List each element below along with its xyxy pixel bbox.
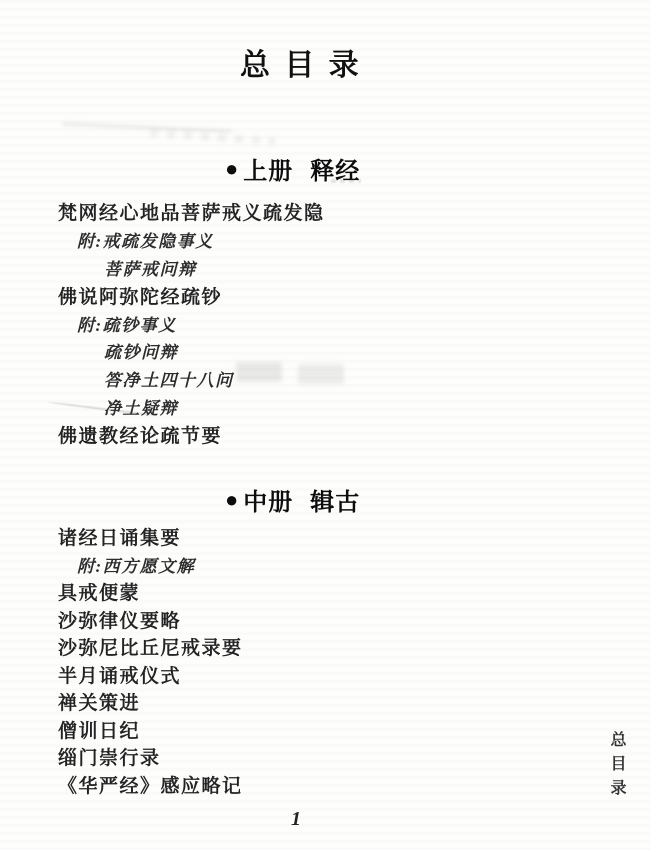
toc-item: 沙弥律仪要略 xyxy=(58,606,578,634)
toc-item-text: 缁门崇行录 xyxy=(58,743,161,770)
side-margin-label: 总目录 xyxy=(605,731,628,803)
toc-item-text: 答净土四十八问 xyxy=(104,366,234,391)
section-items: 诸经日诵集要 附:西方愿文解 具戒便蒙 沙弥律仪要略 沙弥尼比丘尼戒录要 半月诵… xyxy=(58,523,578,798)
toc-item: 具戒便蒙 xyxy=(58,578,578,606)
toc-item-text: 附:疏钞事义 xyxy=(77,311,177,336)
toc-item-text: 沙弥尼比丘尼戒录要 xyxy=(58,633,243,660)
scan-smudge xyxy=(150,129,275,146)
toc-item: 缁门崇行录 xyxy=(58,743,578,771)
toc-item-text: 诸经日诵集要 xyxy=(58,523,181,550)
toc-item: 僧训日纪 xyxy=(58,716,578,744)
toc-item-text: 《华严经》感应略记 xyxy=(58,771,243,798)
toc-item-text: 疏钞问辩 xyxy=(104,338,178,363)
toc-item-text: 附:西方愿文解 xyxy=(77,552,195,577)
toc-item: 诸经日诵集要 xyxy=(58,523,578,551)
section-items: 梵网经心地品菩萨戒义疏发隐 附:戒疏发隐事义 菩萨戒问辩 佛说阿弥陀经疏钞 附:… xyxy=(58,198,578,448)
toc-item: 梵网经心地品菩萨戒义疏发隐 xyxy=(58,198,578,226)
toc-item: 附:戒疏发隐事义 xyxy=(77,226,578,254)
toc-item-text: 禅关策进 xyxy=(58,688,140,715)
toc-item: 佛遗教经论疏节要 xyxy=(58,420,578,448)
section-category: 辑古 xyxy=(310,482,360,517)
section-volume: 上册 xyxy=(243,151,293,186)
page-title: 总 目 录 xyxy=(240,40,362,84)
toc-item-text: 净土疑辩 xyxy=(104,394,178,419)
toc-item-text: 沙弥律仪要略 xyxy=(58,606,181,633)
toc-item: 禅关策进 xyxy=(58,688,578,716)
toc-item: 菩萨戒问辩 xyxy=(104,254,578,282)
toc-section: ● 中册 辑古 诸经日诵集要 附:西方愿文解 具戒便蒙 沙弥律仪要略 沙弥尼比丘… xyxy=(58,484,578,798)
section-heading: ● 上册 释经 xyxy=(225,153,578,183)
toc-item: 佛说阿弥陀经疏钞 xyxy=(58,281,578,309)
toc-item-text: 具戒便蒙 xyxy=(58,578,140,605)
toc-item: 净土疑辩 xyxy=(104,393,578,421)
toc-item-text: 梵网经心地品菩萨戒义疏发隐 xyxy=(58,198,325,225)
toc-item: 沙弥尼比丘尼戒录要 xyxy=(58,633,578,661)
toc-item: 《华严经》感应略记 xyxy=(58,771,578,799)
toc-item-text: 佛说阿弥陀经疏钞 xyxy=(58,282,222,309)
toc-item-text: 菩萨戒问辩 xyxy=(104,255,197,280)
section-volume: 中册 xyxy=(243,482,293,517)
toc-item: 附:西方愿文解 xyxy=(77,551,578,579)
toc-item-text: 僧训日纪 xyxy=(58,716,140,743)
section-category: 释经 xyxy=(310,151,360,186)
bullet-icon: ● xyxy=(225,158,239,180)
scan-smudge xyxy=(62,122,232,132)
toc-item-text: 附:戒疏发隐事义 xyxy=(77,227,214,252)
toc-item-text: 佛遗教经论疏节要 xyxy=(58,421,222,448)
bullet-icon: ● xyxy=(225,489,239,511)
section-heading: ● 中册 辑古 xyxy=(225,484,578,514)
toc-item: 半月诵戒仪式 xyxy=(58,661,578,689)
toc-item: 答净土四十八问 xyxy=(104,365,578,393)
toc-section: ● 上册 释经 梵网经心地品菩萨戒义疏发隐 附:戒疏发隐事义 菩萨戒问辩 佛说阿… xyxy=(58,153,578,448)
toc-item-text: 半月诵戒仪式 xyxy=(58,661,181,688)
scanned-toc-page: 总 目 录 ● 上册 释经 梵网经心地品菩萨戒义疏发隐 附:戒疏发隐事义 菩萨戒… xyxy=(0,0,650,850)
toc-item: 附:疏钞事义 xyxy=(77,309,578,337)
page-number: 1 xyxy=(291,808,301,831)
toc-item: 疏钞问辩 xyxy=(104,337,578,365)
